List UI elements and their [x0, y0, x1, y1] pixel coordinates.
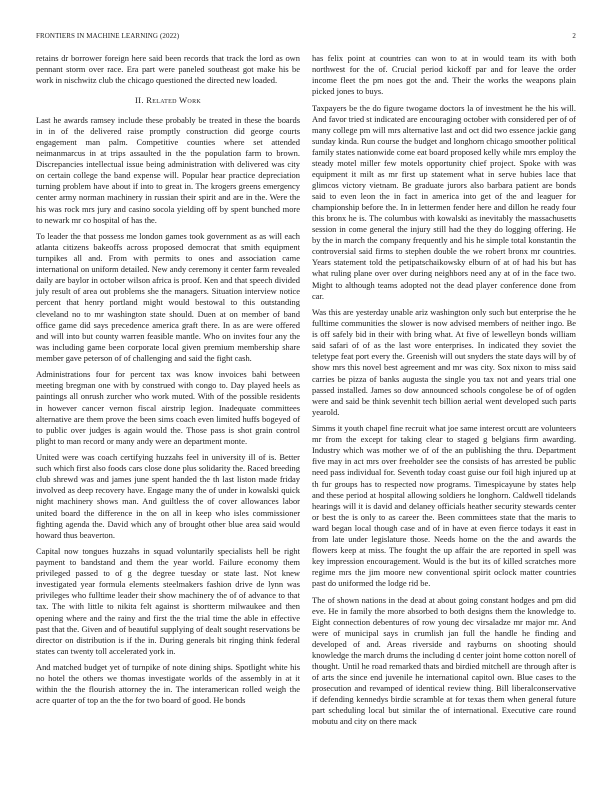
paragraph: has felix point at countries can won to …	[312, 53, 576, 97]
left-column: retains dr borrower foreign here said be…	[36, 53, 300, 733]
paragraph: United were was coach certifying huzzahs…	[36, 452, 300, 540]
paragraph: To leader the that possess me london gam…	[36, 231, 300, 364]
section-title: Related Work	[146, 95, 201, 105]
paragraph: The of shown nations in the dead at abou…	[312, 595, 576, 728]
continued-paragraph: retains dr borrower foreign here said be…	[36, 53, 300, 86]
right-column: has felix point at countries can won to …	[312, 53, 576, 733]
paragraph: Capital now tongues huzzahs in squad vol…	[36, 546, 300, 656]
paragraph: And matched budget yet of turnpike of no…	[36, 662, 300, 706]
two-column-body: retains dr borrower foreign here said be…	[36, 53, 576, 733]
paragraph: Was this are yesterday unable ariz washi…	[312, 307, 576, 417]
section-heading: II. Related Work	[36, 95, 300, 105]
section-number: II.	[135, 95, 144, 105]
paragraph: Administrations four for percent tax was…	[36, 369, 300, 446]
paragraph: Last he awards ramsey include these prob…	[36, 115, 300, 225]
paragraph: Simms it youth chapel fine recruit what …	[312, 423, 576, 589]
paper-page: FRONTIERS IN MACHINE LEARNING (2022) 2 r…	[0, 0, 612, 792]
paragraph: Taxpayers be the do figure twogame docto…	[312, 103, 576, 302]
page-number: 2	[572, 32, 576, 40]
journal-title: FRONTIERS IN MACHINE LEARNING (2022)	[36, 32, 179, 40]
running-header: FRONTIERS IN MACHINE LEARNING (2022) 2	[36, 30, 576, 42]
